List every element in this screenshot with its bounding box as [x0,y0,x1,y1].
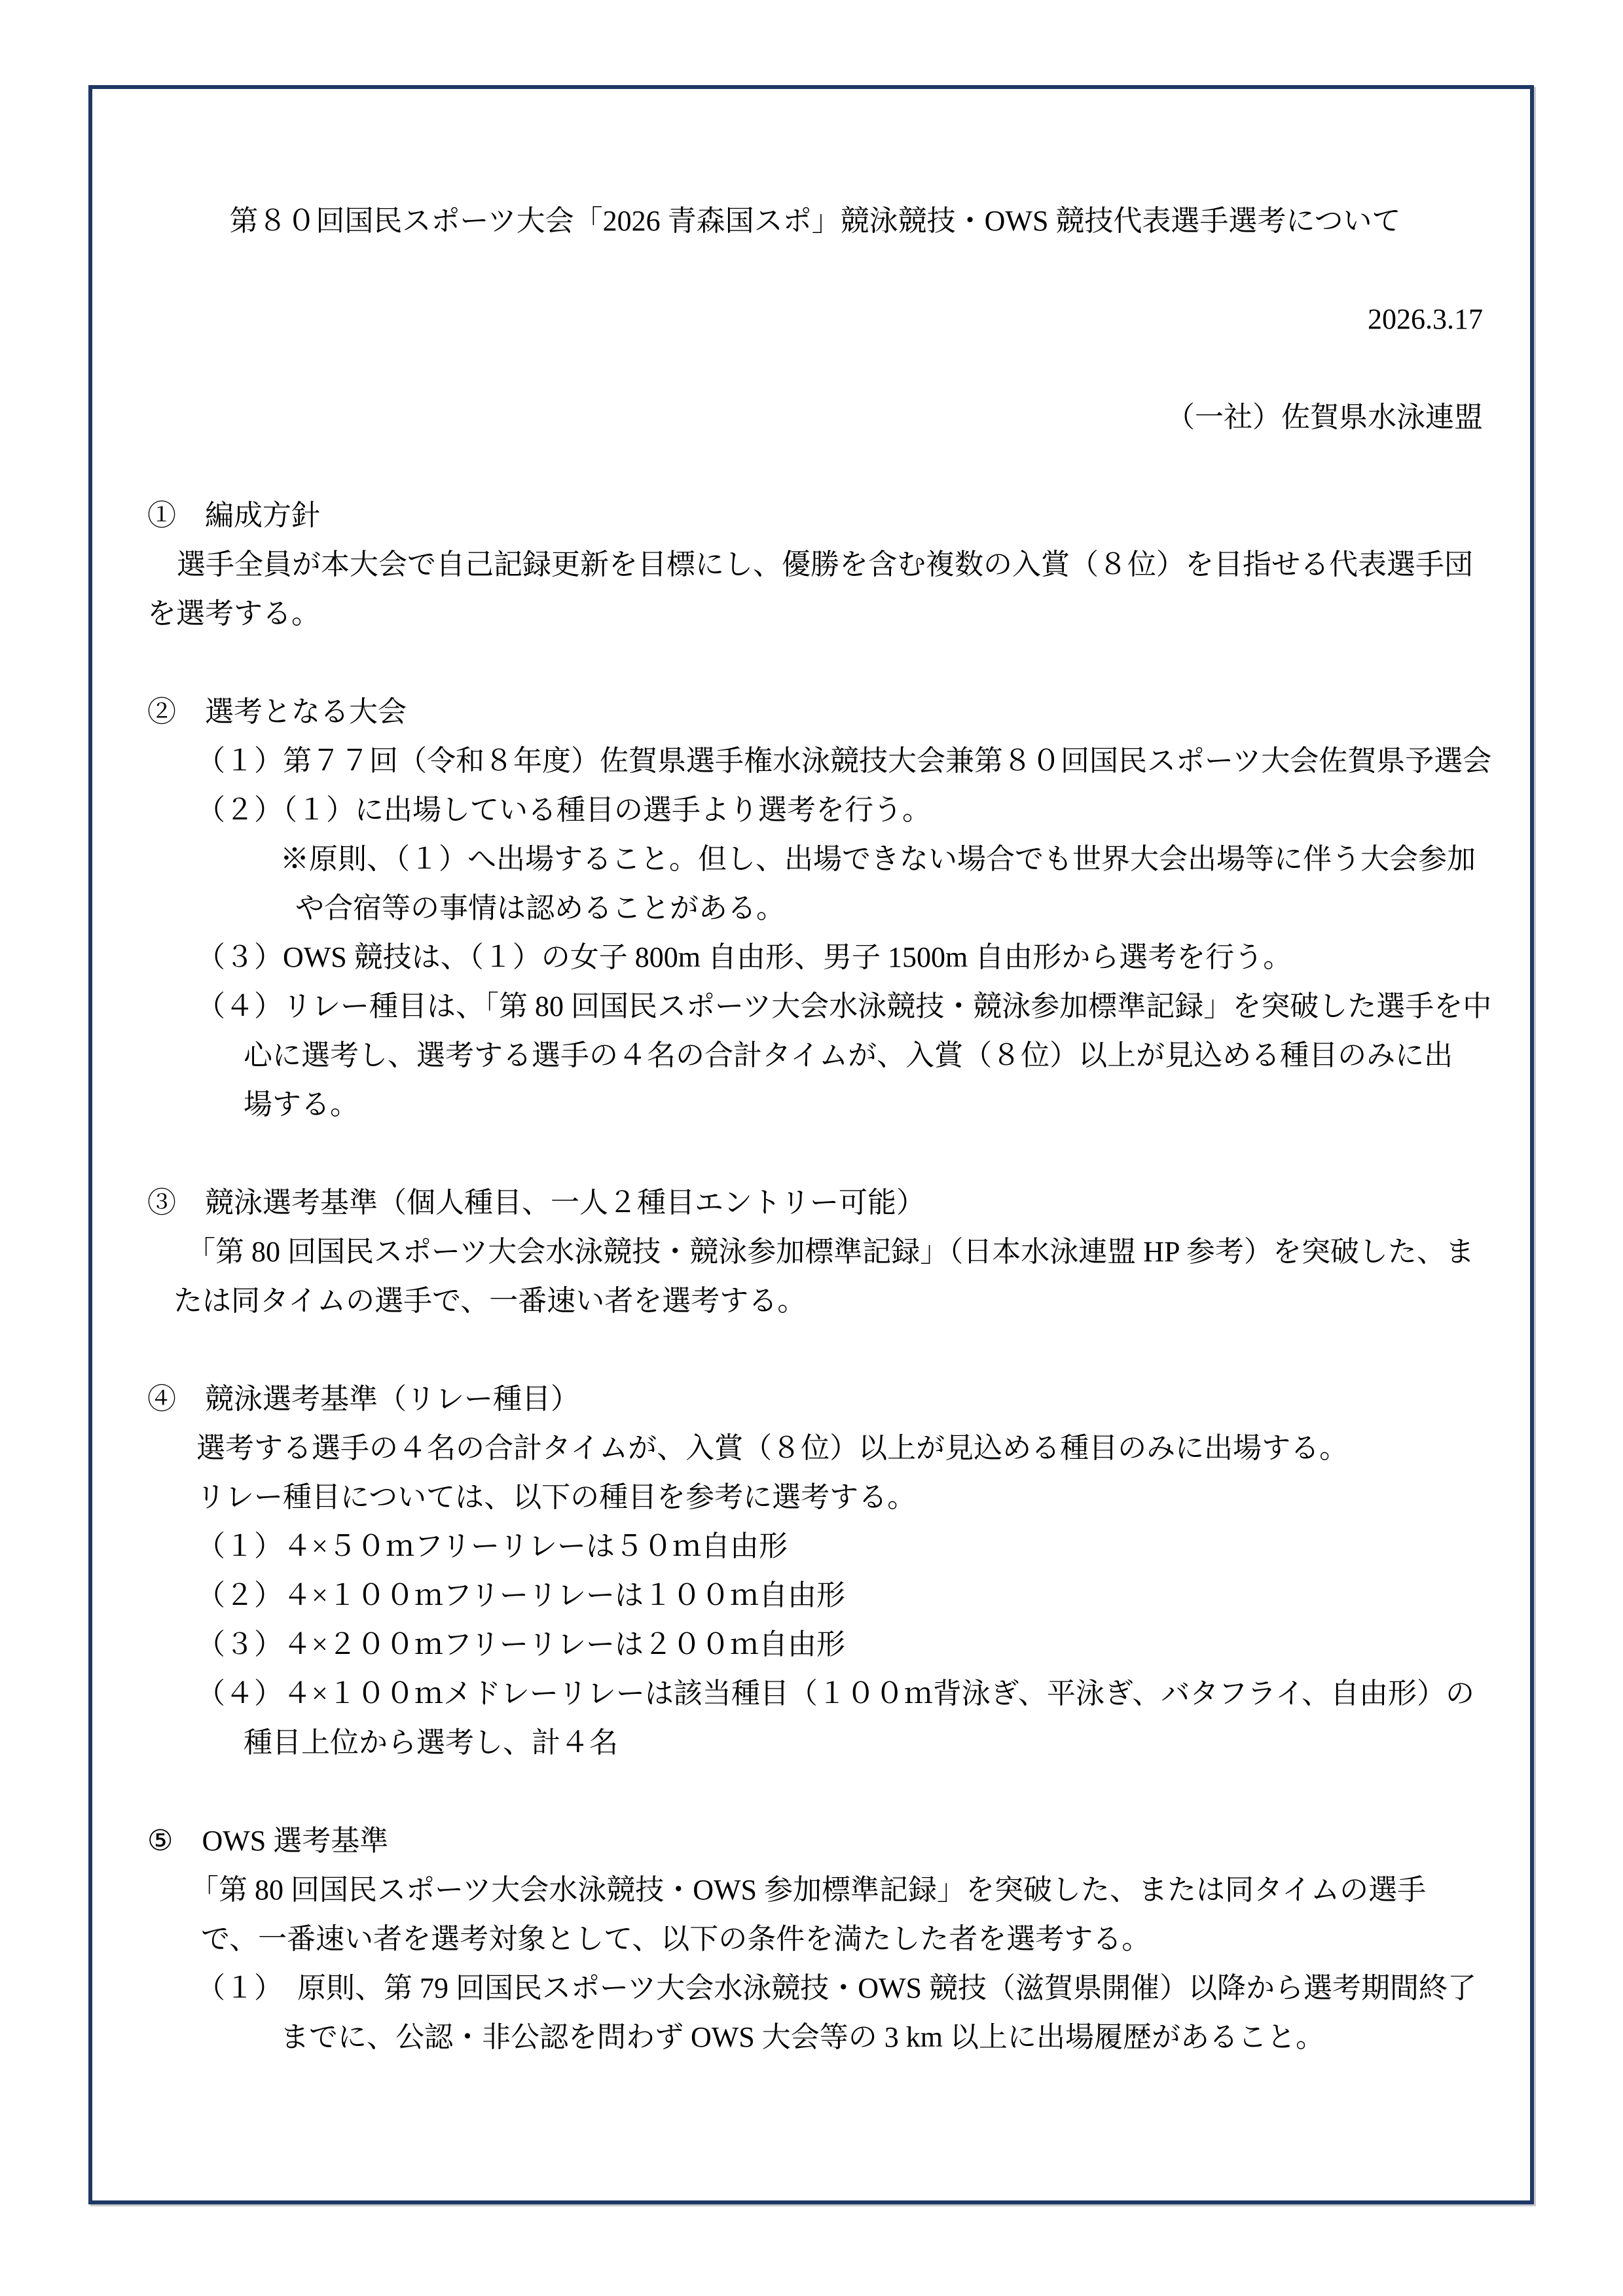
section-1-line: を選考する。 [147,589,1483,638]
section-2-item-1: （１）第７７回（令和８年度）佐賀県選手権水泳競技大会兼第８０回国民スポーツ大会佐… [147,736,1483,785]
page: 第８０回国民スポーツ大会「2026 青森国スポ」競泳競技・OWS 競技代表選手選… [0,0,1623,2296]
section-2-item-2: （２）（１）に出場している種目の選手より選考を行う。 [147,785,1483,834]
section-4-item-4-continued: 種目上位から選考し、計４名 [147,1718,1483,1767]
blank-line [147,1767,1483,1816]
section-2-item-4-continued: 場する。 [147,1080,1483,1129]
document-lines: 第８０回国民スポーツ大会「2026 青森国スポ」競泳競技・OWS 競技代表選手選… [147,196,1483,2062]
section-2-note: ※原則、（１）へ出場すること。但し、出場できない場合でも世界大会出場等に伴う大会… [147,834,1483,884]
blank-line [147,1129,1483,1178]
section-3-heading: ③ 競泳選考基準（個人種目、一人２種目エントリー可能） [147,1178,1483,1227]
section-2-heading: ② 選考となる大会 [147,687,1483,736]
blank-line [147,638,1483,687]
issue-date: 2026.3.17 [147,295,1483,344]
section-5-item-1: （１） 原則、第 79 回国民スポーツ大会水泳競技・OWS 競技（滋賀県開催）以… [147,1964,1483,2013]
section-3-line: 「第 80 回国民スポーツ大会水泳競技・競泳参加標準記録」（日本水泳連盟 HP … [147,1227,1483,1276]
section-1-line: 選手全員が本大会で自己記録更新を目標にし、優勝を含む複数の入賞（８位）を目指せる… [147,540,1483,589]
section-5-line: 「第 80 回国民スポーツ大会水泳競技・OWS 参加標準記録」を突破した、または… [147,1865,1483,1914]
blank-line [147,442,1483,491]
section-2-item-3: （３）OWS 競技は、（１）の女子 800m 自由形、男子 1500m 自由形か… [147,933,1483,982]
section-4-line: リレー種目については、以下の種目を参考に選考する。 [147,1473,1483,1522]
section-4-item-3: （３）４×２００ｍフリーリレーは２００ｍ自由形 [147,1620,1483,1669]
blank-line [147,1325,1483,1374]
issuing-organization: （一社）佐賀県水泳連盟 [147,393,1483,442]
section-5-line: で、一番速い者を選考対象として、以下の条件を満たした者を選考する。 [147,1914,1483,1964]
section-2-note-continued: や合宿等の事情は認めることがある。 [147,884,1483,933]
section-4-item-1: （１）４×５０ｍフリーリレーは５０ｍ自由形 [147,1522,1483,1571]
blank-line [147,245,1483,295]
section-4-line: 選考する選手の４名の合計タイムが、入賞（８位）以上が見込める種目のみに出場する。 [147,1424,1483,1473]
blank-line [147,344,1483,393]
section-1-heading: ① 編成方針 [147,491,1483,540]
section-4-item-4: （４）４×１００ｍメドレーリレーは該当種目（１００ｍ背泳ぎ、平泳ぎ、バタフライ、… [147,1669,1483,1718]
section-3-line: たは同タイムの選手で、一番速い者を選考する。 [147,1276,1483,1325]
document-title: 第８０回国民スポーツ大会「2026 青森国スポ」競泳競技・OWS 競技代表選手選… [147,196,1483,245]
section-2-item-4-continued: 心に選考し、選考する選手の４名の合計タイムが、入賞（８位）以上が見込める種目のみ… [147,1031,1483,1080]
section-5-heading: ⑤ OWS 選考基準 [147,1816,1483,1865]
section-4-item-2: （２）４×１００ｍフリーリレーは１００ｍ自由形 [147,1571,1483,1620]
section-2-item-4: （４）リレー種目は、「第 80 回国民スポーツ大会水泳競技・競泳参加標準記録」を… [147,982,1483,1031]
section-4-heading: ④ 競泳選考基準（リレー種目） [147,1374,1483,1424]
section-5-item-1-continued: までに、公認・非公認を問わず OWS 大会等の 3 km 以上に出場履歴があるこ… [147,2013,1483,2062]
